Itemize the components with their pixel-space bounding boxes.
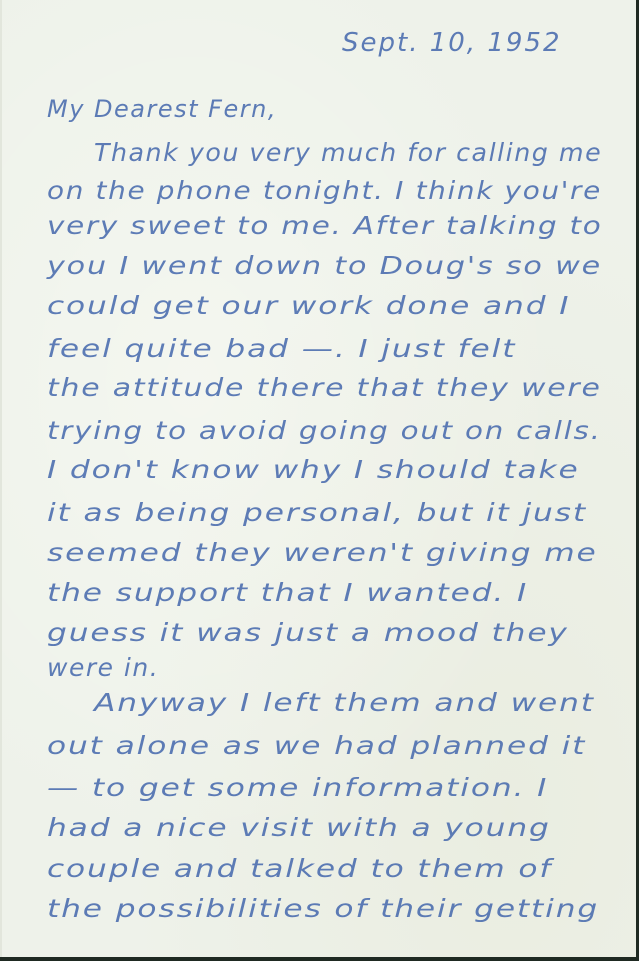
letter-line: Thank you very much for calling me [94,140,602,165]
letter-page: Sept. 10, 1952 My Dearest Fern, Thank yo… [0,0,636,957]
letter-line: could get our work done and I [47,293,570,318]
letter-line: guess it was just a mood they [47,620,569,645]
letter-line: very sweet to me. After talking to [47,213,603,238]
letter-line: on the phone tonight. I think you're [47,178,602,203]
letter-line: had a nice visit with a young [47,815,551,840]
letter-salutation: My Dearest Fern, [47,97,277,121]
letter-line: you I went down to Doug's so we [47,253,602,278]
letter-line: out alone as we had planned it [47,733,586,758]
letter-line: I don't know why I should take [47,457,580,482]
letter-line: the attitude there that they were [47,375,602,400]
letter-line: it as being personal, but it just [47,500,587,525]
letter-date: Sept. 10, 1952 [342,30,562,56]
letter-line: trying to avoid going out on calls. [47,418,602,443]
letter-line: the support that I wanted. I [47,580,528,605]
letter-line: the possibilities of their getting [47,896,599,921]
letter-line: seemed they weren't giving me [47,540,598,565]
letter-line: — to get some information. I [47,775,548,800]
letter-line: were in. [47,655,159,680]
letter-line: Anyway I left them and went [94,690,595,715]
letter-line: feel quite bad —. I just felt [47,336,516,361]
letter-line: couple and talked to them of [47,856,552,881]
